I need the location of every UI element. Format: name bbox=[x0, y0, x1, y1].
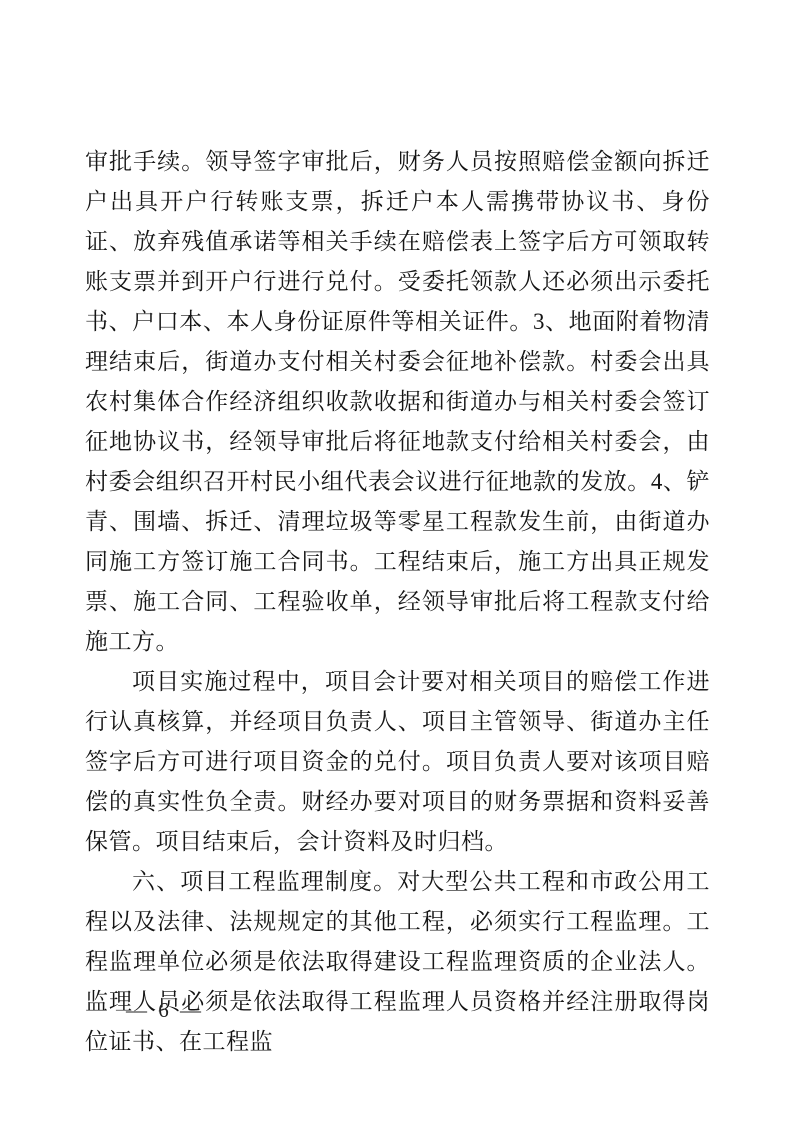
document-body: 审批手续。领导签字审批后，财务人员按照赔偿金额向拆迁户出具开户行转账支票，拆迁户… bbox=[85, 142, 710, 1062]
paragraph-project-implementation: 项目实施过程中，项目会计要对相关项目的赔偿工作进行认真核算，并经项目负责人、项目… bbox=[85, 662, 710, 862]
document-page: 审批手续。领导签字审批后，财务人员按照赔偿金额向拆迁户出具开户行转账支票，拆迁户… bbox=[0, 0, 793, 1122]
page-number: — 6 — bbox=[126, 995, 204, 1025]
paragraph-continuation: 审批手续。领导签字审批后，财务人员按照赔偿金额向拆迁户出具开户行转账支票，拆迁户… bbox=[85, 142, 710, 662]
paragraph-section-six-supervision: 六、项目工程监理制度。对大型公共工程和市政公用工程以及法律、法规规定的其他工程，… bbox=[85, 862, 710, 1062]
